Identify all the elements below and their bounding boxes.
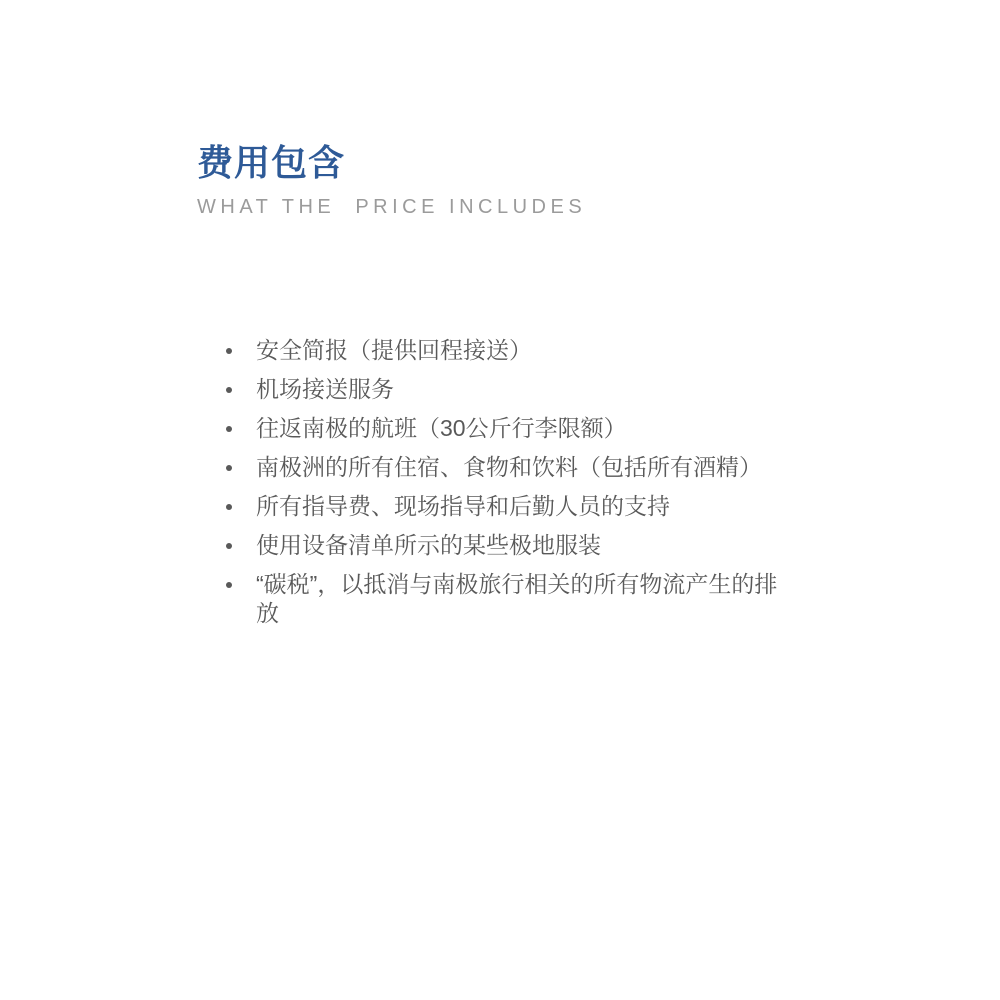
- page-header: 费用包含 WHAT THE PRICE INCLUDES: [197, 142, 586, 218]
- list-item-text: “碳税”，以抵消与南极旅行相关的所有物流产生的排放: [256, 570, 784, 628]
- bullet-icon: [226, 543, 232, 549]
- bullet-icon: [226, 426, 232, 432]
- bullet-icon: [226, 582, 232, 588]
- list-item: 往返南极的航班（30公斤行李限额）: [225, 414, 785, 443]
- bullet-icon: [226, 387, 232, 393]
- list-item-text: 机场接送服务: [256, 375, 784, 404]
- list-item-text: 使用设备清单所示的某些极地服装: [256, 531, 784, 560]
- list-item-text: 安全简报（提供回程接送）: [256, 336, 784, 365]
- list-item-text: 所有指导费、现场指导和后勤人员的支持: [256, 492, 784, 521]
- bullet-icon: [226, 504, 232, 510]
- page-title: 费用包含: [197, 142, 586, 184]
- list-item: “碳税”，以抵消与南极旅行相关的所有物流产生的排放: [225, 570, 785, 628]
- bullet-icon: [226, 348, 232, 354]
- bullet-icon: [226, 465, 232, 471]
- list-item-text: 南极洲的所有住宿、食物和饮料（包括所有酒精）: [256, 453, 784, 482]
- list-item: 所有指导费、现场指导和后勤人员的支持: [225, 492, 785, 521]
- list-item: 安全简报（提供回程接送）: [225, 336, 785, 365]
- price-includes-list: 安全简报（提供回程接送） 机场接送服务 往返南极的航班（30公斤行李限额） 南极…: [225, 336, 785, 638]
- page-subtitle: WHAT THE PRICE INCLUDES: [197, 196, 586, 218]
- list-item: 使用设备清单所示的某些极地服装: [225, 531, 785, 560]
- slide-page: 费用包含 WHAT THE PRICE INCLUDES 安全简报（提供回程接送…: [0, 0, 1000, 1000]
- list-item-text: 往返南极的航班（30公斤行李限额）: [256, 414, 784, 443]
- list-item: 机场接送服务: [225, 375, 785, 404]
- list-item: 南极洲的所有住宿、食物和饮料（包括所有酒精）: [225, 453, 785, 482]
